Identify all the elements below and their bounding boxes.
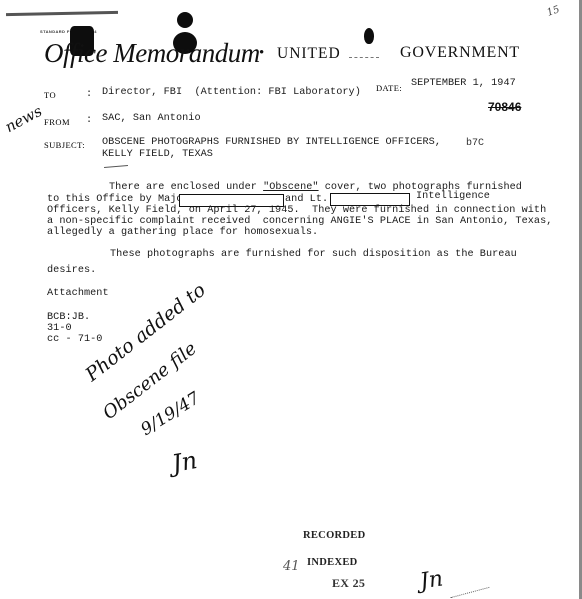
stamp-ex: EX 25: [332, 576, 365, 591]
body-obscene: "Obscene": [263, 182, 318, 193]
subject-label: SUBJECT:: [44, 140, 85, 150]
body-p2-line-2: desires.: [47, 265, 96, 276]
header-government: GOVERNMENT: [400, 44, 520, 62]
ref-cc: cc - 71-0: [47, 334, 102, 345]
bottom-mark: 41: [283, 559, 300, 574]
stamp-indexed: INDEXED: [307, 557, 358, 568]
body-line-2a: to this Office by Major: [47, 194, 189, 205]
ref-initials: BCB:JB.: [47, 312, 90, 323]
date-value: SEPTEMBER 1, 1947: [411, 78, 516, 89]
top-rule: [6, 11, 118, 16]
file-number: 70846: [488, 100, 521, 114]
body-line-4: a non-specific complaint received concer…: [47, 216, 552, 227]
attachment-label: Attachment: [47, 288, 109, 299]
corner-mark: 15: [546, 4, 562, 19]
body-p2-line-1: These photographs are furnished for such…: [110, 249, 517, 260]
subject-line-1: OBSCENE PHOTOGRAPHS FURNISHED BY INTELLI…: [102, 137, 441, 148]
to-value: Director, FBI (Attention: FBI Laboratory…: [102, 87, 361, 98]
ref-file-1: 31-0: [47, 323, 72, 334]
from-label: FROM: [44, 117, 70, 127]
subject-line-2: KELLY FIELD, TEXAS: [102, 149, 213, 160]
ink-blot: [364, 28, 374, 44]
punch-hole-top: [177, 12, 193, 28]
header-united: UNITED: [277, 45, 341, 63]
header-dashes: [349, 57, 379, 58]
from-colon: :: [86, 115, 92, 126]
margin-scribble: news: [2, 102, 45, 136]
bottom-initials: Jn: [418, 567, 444, 595]
exemption-code: b7C: [466, 138, 484, 149]
title-bullet: •: [259, 45, 264, 62]
memo-title: Office Memorandum: [44, 38, 260, 69]
date-label: DATE:: [376, 83, 402, 93]
stamp-recorded: RECORDED: [303, 530, 366, 541]
body-line-1a: There are enclosed under: [109, 182, 263, 193]
memo-page: STANDARD FORM NO. 64 Office Memorandum •…: [0, 0, 582, 599]
body-line-5: allegedly a gathering place for homosexu…: [47, 227, 318, 238]
from-value: SAC, San Antonio: [102, 113, 201, 124]
subject-underline: [104, 165, 128, 168]
body-line-3: Officers, Kelly Field, on April 27, 1945…: [47, 205, 546, 216]
handwriting-initials: Jn: [170, 446, 200, 478]
to-label: TO: [44, 90, 56, 100]
body-line-2b: and Lt.: [285, 194, 328, 205]
to-colon: :: [86, 89, 92, 100]
body-line-2c: Intelligence: [416, 191, 490, 202]
bottom-pen-stroke: [451, 587, 490, 598]
